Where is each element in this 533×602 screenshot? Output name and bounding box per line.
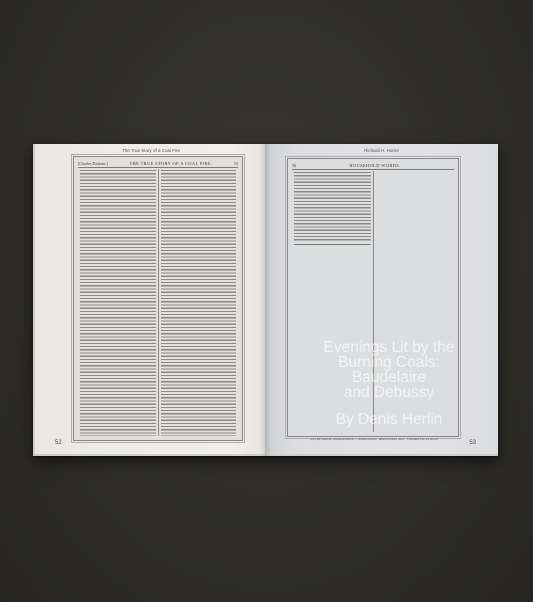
right-scan-header: 56 HOUSEHOLD WORDS.	[292, 162, 454, 170]
text-column	[158, 169, 239, 436]
right-folio: 53	[469, 440, 476, 446]
page-edge	[265, 454, 498, 456]
scan-header-page: 53	[234, 161, 238, 166]
scan-header-page: 56	[292, 163, 296, 168]
page-edge	[35, 454, 267, 456]
text-lines	[161, 170, 237, 436]
title-line: and Debussy	[344, 384, 434, 401]
text-lines	[80, 170, 156, 436]
text-column	[78, 169, 158, 436]
essay-title: Evenings Lit by the Burning Coals: Baude…	[299, 340, 479, 427]
book-gutter	[259, 144, 271, 456]
scan-header-title: HOUSEHOLD WORDS.	[349, 163, 400, 168]
left-running-head: The True Story of a Coal Fire	[35, 148, 267, 153]
right-page: Richard H. Horne 56 HOUSEHOLD WORDS. Eve…	[265, 144, 498, 456]
image-caption: Lit by the Coal Fire, Household Words — …	[289, 438, 459, 441]
book-spread: The True Story of a Coal Fire [Charles D…	[33, 144, 498, 456]
text-lines	[294, 172, 371, 242]
scan-header-left: [Charles Dickens.]	[78, 161, 108, 166]
left-page: The True Story of a Coal Fire [Charles D…	[33, 144, 267, 456]
right-running-head: Richard H. Horne	[265, 148, 498, 153]
author-byline: By Denis Herlin	[299, 412, 479, 427]
left-scanned-page: [Charles Dickens.] THE TRUE STORY OF A C…	[73, 156, 243, 441]
column-end-rule	[294, 244, 371, 245]
left-scan-header: [Charles Dickens.] THE TRUE STORY OF A C…	[78, 160, 238, 168]
scan-header-title: THE TRUE STORY OF A COAL FIRE.	[129, 161, 212, 166]
left-folio: 52	[55, 440, 62, 446]
left-scan-columns	[78, 169, 238, 436]
